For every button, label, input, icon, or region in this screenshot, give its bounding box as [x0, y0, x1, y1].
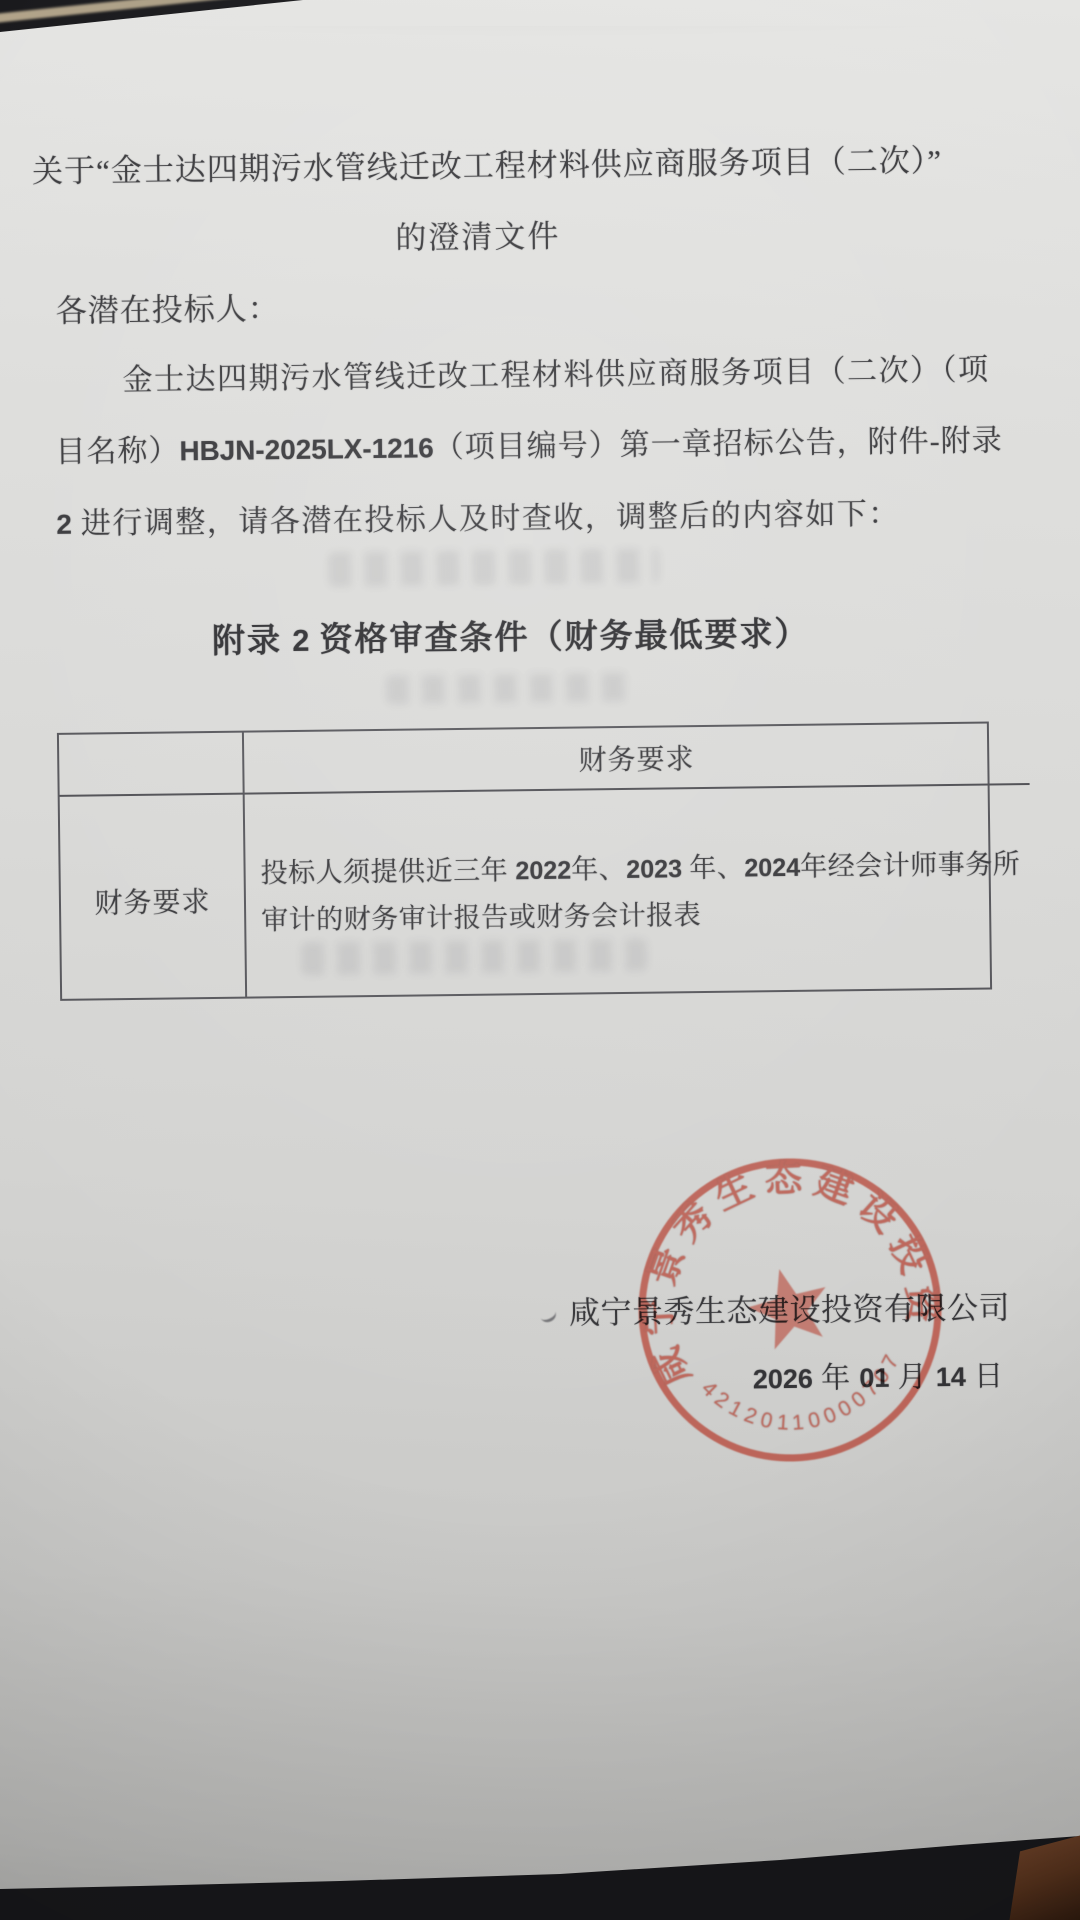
body-line-3: 2 进行调整，请各潜在投标人及时查收，调整后的内容如下： — [56, 489, 900, 543]
appendix-heading: 附录 2 资格审查条件（财务最低要求） — [0, 605, 1024, 665]
photo-background: 关于“金士达四期污水管线迁改工程材料供应商服务项目（二次）” 的澄清文件 各潜在… — [0, 0, 1080, 1920]
table-content-line-1: 投标人须提供近三年 2022年、2023 年、2024年经会计师事务所 — [260, 841, 1020, 897]
signature-pen-mark — [538, 1305, 558, 1324]
title-line-2: 的澄清文件 — [33, 206, 923, 262]
table-header-label-cell: 财务要求 — [244, 723, 1029, 795]
seal-star-icon — [740, 1259, 837, 1353]
title-line-1: 关于“金士达四期污水管线迁改工程材料供应商服务项目（二次）” — [32, 135, 922, 191]
bleedthrough-smudge — [386, 673, 634, 704]
bleedthrough-smudge — [329, 549, 659, 587]
seal-number: 42120110000707 — [694, 1329, 916, 1459]
table-content-line-2: 审计的财务审计报告或财务会计报表 — [261, 888, 1021, 943]
table-row-label-cell: 财务要求 — [60, 795, 247, 999]
table-header-empty-cell — [59, 733, 245, 797]
company-seal-stamp: 咸宁景秀生态建设投资有限公司 42120110000707 — [598, 1118, 981, 1501]
document-content: 关于“金士达四期污水管线迁改工程材料供应商服务项目（二次）” 的澄清文件 各潜在… — [0, 0, 1080, 1920]
body-line-2: 目名称）HBJN-2025LX-1216（项目编号）第一章招标公告，附件-附录 — [55, 415, 1003, 471]
body-line-1: 金士达四期污水管线迁改工程材料供应商服务项目（二次）（项 — [122, 344, 989, 399]
requirements-table: 财务要求 财务要求 投标人须提供近三年 2022年、2023 年、2024年经会… — [57, 722, 992, 1001]
salutation: 各潜在投标人： — [55, 283, 280, 331]
svg-text:42120110000707: 42120110000707 — [694, 1329, 916, 1459]
table-content-cell: 投标人须提供近三年 2022年、2023 年、2024年经会计师事务所 审计的财… — [245, 785, 1032, 997]
